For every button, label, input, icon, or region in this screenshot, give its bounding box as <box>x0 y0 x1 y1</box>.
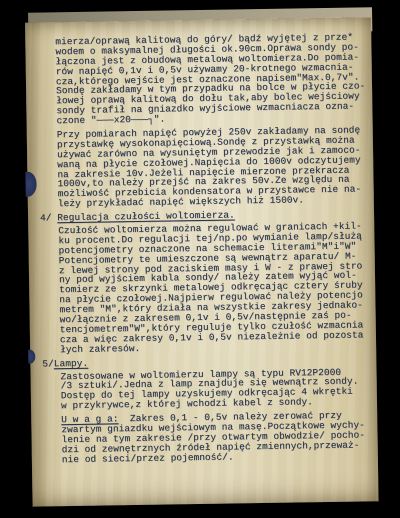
section-number: 4/ <box>40 212 57 223</box>
paragraph: Czułość woltomierza można regulować w gr… <box>58 221 368 354</box>
paragraph: Zastosowane w woltomierzu lampy są typu … <box>61 367 370 411</box>
paragraph: Przy pomiarach napięć powyżej 250v zakła… <box>57 125 366 209</box>
document-page: mierza/oprawą kalitową do góry/ bądź wyj… <box>25 17 379 506</box>
typewritten-text: mierza/oprawą kalitową do góry/ bądź wyj… <box>37 32 370 469</box>
ink-blot-large <box>25 172 36 197</box>
section-number: 5/ <box>42 358 54 369</box>
section-title: Regulacja czułości woltomierza. <box>57 210 235 224</box>
ink-blot-small <box>28 350 35 364</box>
note-paragraph: U w a g a: Zakres 0,1 - 0,5v należy zero… <box>61 410 370 464</box>
section-title: Lampy. <box>54 357 89 369</box>
text-line: leży przykładać napięć większych hiż 150… <box>58 195 366 210</box>
paragraph: mierza/oprawą kalitową do góry/ bądź wyj… <box>55 32 364 126</box>
text-line: w przykrywce,z której wchodzi kabel z so… <box>61 397 369 412</box>
photo-frame: mierza/oprawą kalitową do góry/ bądź wyj… <box>0 0 400 518</box>
